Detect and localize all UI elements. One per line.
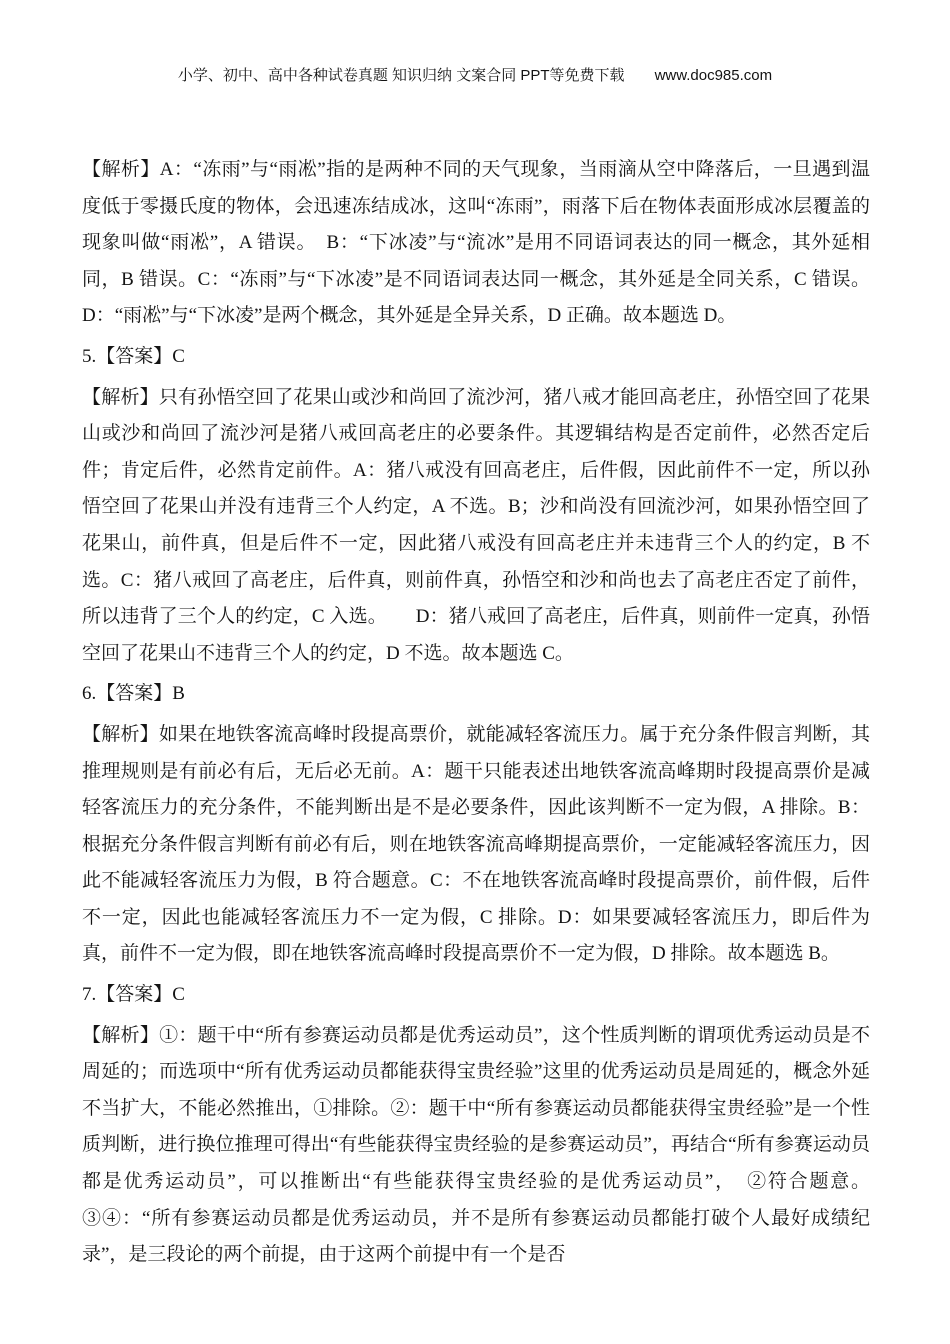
- analysis-paragraph-q5: 【解析】只有孙悟空回了花果山或沙和尚回了流沙河，猪八戒才能回高老庄，孙悟空回了花…: [82, 380, 870, 673]
- header-promo-text: 小学、初中、高中各种试卷真题 知识归纳 文案合同 PPT等免费下载: [178, 67, 625, 84]
- analysis-paragraph-q4: 【解析】A：“冻雨”与“雨凇”指的是两种不同的天气现象，当雨滴从空中降落后，一旦…: [82, 152, 870, 335]
- document-body: 【解析】A：“冻雨”与“雨凇”指的是两种不同的天气现象，当雨滴从空中降落后，一旦…: [82, 152, 870, 1278]
- analysis-paragraph-q6: 【解析】如果在地铁客流高峰时段提高票价，就能减轻客流压力。属于充分条件假言判断，…: [82, 717, 870, 973]
- document-page: 小学、初中、高中各种试卷真题 知识归纳 文案合同 PPT等免费下载www.doc…: [0, 0, 950, 1344]
- analysis-paragraph-q7: 【解析】①：题干中“所有参赛运动员都是优秀运动员”，这个性质判断的谓项优秀运动员…: [82, 1018, 870, 1274]
- answer-line-q6: 6.【答案】B: [82, 676, 870, 713]
- page-header: 小学、初中、高中各种试卷真题 知识归纳 文案合同 PPT等免费下载www.doc…: [0, 64, 950, 85]
- header-site-url: www.doc985.com: [655, 67, 773, 84]
- answer-line-q7: 7.【答案】C: [82, 977, 870, 1014]
- answer-line-q5: 5.【答案】C: [82, 339, 870, 376]
